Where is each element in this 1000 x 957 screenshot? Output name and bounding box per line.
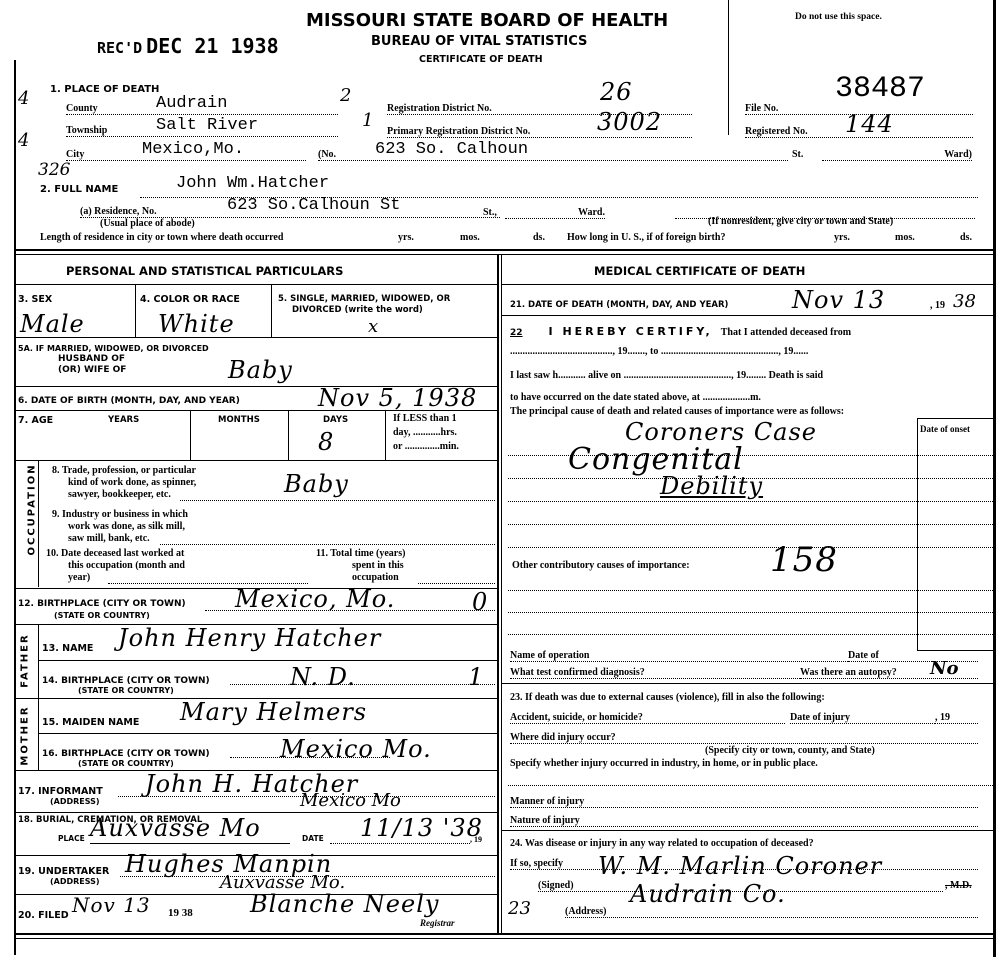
residence-st-label: St., [483, 207, 497, 218]
city-value: Mexico,Mo. [142, 140, 244, 159]
accident-label: Accident, suicide, or homicide? [510, 712, 643, 723]
nature-row: Nature of injury [510, 815, 978, 827]
filed-label: 20. FILED [18, 910, 69, 921]
certify-row: 22 I HEREBY CERTIFY, That I attended dec… [510, 322, 851, 340]
mother-name-line [38, 733, 497, 734]
signature-value: W. M. Marlin Coroner [598, 852, 882, 880]
informant-bottom-line [14, 812, 497, 813]
father-name-value: John Henry Hatcher [118, 624, 381, 652]
onset-box-left [917, 418, 918, 650]
registrar-label: Registrar [420, 918, 455, 928]
certify-number: 22 [510, 328, 523, 338]
top-section-divider-2 [14, 254, 994, 255]
board-title: MISSOURI STATE BOARD OF HEALTH [306, 10, 668, 31]
foreign-birth-label: How long in U. S., if of foreign birth? [567, 232, 725, 243]
months-days-divider [288, 410, 289, 460]
mother-birth-value: Mexico Mo. [280, 735, 432, 763]
total-time-label-3: occupation [352, 572, 399, 583]
autopsy-bottom-line [502, 683, 993, 684]
occurred-line: to have occurred on the date stated abov… [510, 392, 761, 403]
margin-note-1: 4 [18, 88, 29, 109]
occupation-vertical-label: OCCUPATION [27, 466, 38, 556]
do-not-use-note: Do not use this space. [795, 12, 882, 22]
abode-note: (Usual place of abode) [100, 218, 195, 229]
st-label: St. [792, 149, 803, 160]
registered-number: 144 [845, 110, 894, 138]
township-label: Township [66, 125, 107, 136]
operation-date-row: Date of [848, 650, 978, 662]
father-birth-sub: (STATE OR COUNTRY) [78, 686, 174, 695]
manner-label: Manner of injury [510, 796, 584, 807]
dod-year: 38 [953, 291, 976, 312]
dob-label: 6. DATE OF BIRTH (MONTH, DAY, AND YEAR) [18, 396, 240, 406]
primary-reg-value: 3002 [597, 108, 662, 136]
last-worked-label-3: year) [68, 572, 90, 583]
father-divider [38, 625, 39, 698]
mother-name-value: Mary Helmers [180, 698, 367, 726]
burial-date-label: DATE [302, 834, 324, 843]
filed-year: 19 38 [168, 907, 193, 919]
row-7-line [14, 460, 497, 461]
dod-line [502, 315, 993, 316]
trade-label-3: sawyer, bookkeeper, etc. [68, 489, 171, 500]
no-label: (No. [318, 149, 336, 160]
margin-note-5: 1 [362, 110, 373, 131]
address-label: (Address) [565, 906, 606, 917]
where-sub: (Specify city or town, county, and State… [705, 745, 875, 756]
autopsy-value: No [930, 658, 958, 679]
spouse-label: 5A. IF MARRIED, WIDOWED, OR DIVORCED [18, 344, 209, 353]
trade-label: 8. Trade, profession, or particular [52, 465, 196, 476]
row-3-line [14, 337, 497, 338]
sex-value: Male [20, 310, 85, 338]
father-birth-value: N. D. [290, 663, 356, 691]
residence-ward-row: Ward. [505, 207, 605, 219]
less-or-label: or ..............min. [393, 441, 459, 452]
length-yrs: yrs. [398, 232, 414, 243]
where-label: Where did injury occur? [510, 732, 616, 743]
cause-debility: Debility [660, 472, 763, 500]
industry-line [160, 544, 495, 545]
full-name-value: John Wm.Hatcher [176, 174, 329, 193]
race-value: White [158, 310, 235, 338]
marital-label-2: DIVORCED (write the word) [292, 305, 423, 315]
medical-section-title: MEDICAL CERTIFICATE OF DEATH [594, 264, 805, 278]
specify-place-line [508, 785, 993, 786]
reg-district-label: Registration District No. [387, 103, 492, 114]
burial-place-line [90, 843, 290, 844]
marital-label: 5. SINGLE, MARRIED, WIDOWED, OR [278, 294, 450, 304]
primary-reg-label: Primary Registration District No. [387, 126, 530, 137]
marital-value: x [368, 316, 378, 337]
top-section-divider [14, 249, 994, 251]
bureau-subtitle: BUREAU OF VITAL STATISTICS [371, 34, 587, 49]
injury-year-label: , 19 [935, 712, 950, 723]
injury-date-row: Date of injury [790, 712, 935, 724]
medical-title-line [502, 284, 993, 285]
mother-name-label: 15. MAIDEN NAME [42, 717, 139, 728]
days-label: DAYS [323, 415, 348, 425]
informant-sub: (ADDRESS) [50, 797, 100, 806]
nature-bottom-line [502, 830, 993, 831]
years-label: YEARS [108, 415, 139, 425]
where-row: Where did injury occur? [510, 732, 978, 744]
nature-label: Nature of injury [510, 815, 580, 826]
accident-row: Accident, suicide, or homicide? [510, 712, 785, 724]
spouse-label-2: HUSBAND OF [58, 354, 125, 364]
certify-dates-line: ........................................… [510, 346, 808, 357]
birthplace-value: Mexico, Mo. [235, 585, 395, 613]
last-worked-label-2: this occupation (month and [68, 560, 185, 571]
file-number: 38487 [835, 72, 925, 106]
dod-year-prefix: , 19 [930, 300, 945, 311]
residence-label: (a) Residence, No. [80, 206, 157, 217]
bottom-border [14, 933, 994, 935]
filed-date-value: Nov 13 [72, 893, 151, 917]
right-border [993, 0, 996, 957]
injury-year-row: , 19 [935, 712, 978, 724]
bottom-border-2 [14, 938, 994, 939]
md-label: , M.D. [945, 880, 972, 891]
residence-value: 623 So.Calhoun St [227, 196, 400, 215]
length-mos: mos. [460, 232, 480, 243]
last-worked-label: 10. Date deceased last worked at [46, 548, 184, 559]
last-saw-line: I last saw h........... alive on .......… [510, 370, 823, 381]
length-ds: ds. [533, 232, 545, 243]
operation-label: Name of operation [510, 650, 589, 661]
burial-date-value: 11/13 '38 [360, 814, 483, 842]
industry-label: 9. Industry or business in which [52, 509, 188, 520]
certify-title: I HEREBY CERTIFY, [549, 325, 713, 338]
trade-line [180, 500, 495, 501]
foreign-yrs: yrs. [834, 232, 850, 243]
full-name-label: 2. FULL NAME [40, 184, 118, 195]
birthplace-label: 12. BIRTHPLACE (CITY OR TOWN) [18, 599, 186, 609]
registrar-value: Blanche Neely [250, 890, 439, 918]
foreign-mos: mos. [895, 232, 915, 243]
father-birth-line [230, 684, 495, 685]
cause-line-4 [508, 524, 993, 525]
row-6-line [14, 410, 497, 411]
operation-date-label: Date of [848, 650, 879, 661]
age-years-divider [190, 410, 191, 460]
days-value: 8 [318, 428, 334, 456]
race-label: 4. COLOR OR RACE [140, 294, 240, 305]
stamp-date: DEC 21 1938 [146, 34, 278, 58]
burial-date-line [330, 843, 470, 844]
address-value: Audrain Co. [630, 880, 786, 908]
father-birth-label: 14. BIRTHPLACE (CITY OR TOWN) [42, 676, 210, 686]
foreign-ds: ds. [960, 232, 972, 243]
burial-place-value: Auxvasse Mo [90, 814, 261, 842]
cause-line-3 [508, 501, 993, 502]
undertaker-label: 19. UNDERTAKER [18, 866, 109, 877]
registered-no-text: Registered No. [745, 126, 808, 137]
mother-birth-sub: (STATE OR COUNTRY) [78, 759, 174, 768]
injury-date-label: Date of injury [790, 712, 850, 723]
test-label: What test confirmed diagnosis? [510, 667, 645, 678]
industry-label-3: saw mill, bank, etc. [68, 533, 150, 544]
specify-place-label: Specify whether injury occurred in indus… [510, 758, 818, 769]
autopsy-label: Was there an autopsy? [800, 667, 897, 678]
dod-label: 21. DATE OF DEATH (MONTH, DAY, AND YEAR) [510, 300, 728, 310]
onset-box-top [917, 418, 993, 419]
trade-label-2: kind of work done, as spinner, [68, 477, 196, 488]
residence-ward-label: Ward. [578, 207, 605, 218]
mother-divider [38, 699, 39, 770]
occupation-divider [38, 461, 39, 587]
file-no-text: File No. [745, 103, 778, 114]
header-divider [728, 0, 729, 135]
left-border [14, 60, 16, 955]
father-name-label: 13. NAME [42, 643, 93, 654]
county-value: Audrain [156, 94, 227, 113]
length-residence-label: Length of residence in city or town wher… [40, 232, 283, 243]
spouse-label-3: (OR) WIFE OF [58, 365, 126, 375]
race-marital-divider [271, 285, 272, 337]
received-stamp: REC'D DEC 21 1938 [97, 34, 279, 58]
birthplace-sub: (STATE OR COUNTRY) [54, 611, 150, 620]
ward-row: Ward) [822, 149, 972, 161]
certify-text: That I attended deceased from [721, 327, 851, 338]
months-label: MONTHS [218, 415, 260, 425]
principal-cause-label: The principal cause of death and related… [510, 406, 844, 417]
total-time-line [418, 583, 495, 584]
stamp-prefix: REC'D [97, 39, 142, 57]
county-label: County [66, 103, 98, 114]
form-name: CERTIFICATE OF DEATH [419, 54, 543, 65]
spouse-value: Baby [228, 356, 293, 384]
personal-title-line [14, 284, 497, 285]
occupation-question: 24. Was disease or injury in any way rel… [510, 838, 814, 849]
less-than-label: If LESS than 1 [393, 413, 457, 424]
margin-note-4: 2 [340, 85, 351, 106]
less-day-label: day, ...........hrs. [393, 427, 457, 438]
mother-vertical-label: MOTHER [20, 701, 31, 771]
reg-district-value: 26 [600, 78, 633, 106]
ward-label: Ward) [944, 149, 972, 160]
other-causes-code: 158 [770, 540, 838, 580]
sex-race-divider [135, 285, 136, 337]
manner-row: Manner of injury [510, 796, 978, 808]
margin-note-6: 23 [508, 898, 531, 919]
father-name-line [38, 660, 497, 661]
onset-label: Date of onset [920, 424, 970, 434]
mother-birth-label: 16. BIRTHPLACE (CITY OR TOWN) [42, 749, 210, 759]
informant-address: Mexico Mo [300, 790, 401, 811]
undertaker-sub: (ADDRESS) [50, 877, 100, 886]
margin-note-3: 326 [38, 160, 70, 180]
informant-label: 17. INFORMANT [18, 786, 103, 797]
burial-year-suffix: , 19 [470, 835, 482, 844]
external-causes-label: 23. If death was due to external causes … [510, 692, 825, 703]
column-divider [497, 254, 499, 934]
trade-value: Baby [284, 470, 349, 498]
place-of-death-label: 1. PLACE OF DEATH [50, 84, 159, 95]
age-label: 7. AGE [18, 415, 53, 426]
burial-place-label: PLACE [58, 834, 85, 843]
cause-line-7 [508, 612, 993, 613]
dob-value: Nov 5, 1938 [318, 384, 477, 412]
operation-row: Name of operation [510, 650, 850, 662]
industry-label-2: work was done, as silk mill, [68, 521, 185, 532]
personal-section-title: PERSONAL AND STATISTICAL PARTICULARS [66, 264, 343, 278]
street-value: 623 So. Calhoun [375, 140, 528, 159]
birthplace-code: 0 [472, 588, 488, 616]
total-time-label-2: spent in this [352, 560, 404, 571]
if-so-label: If so, specify [510, 858, 563, 869]
days-less-divider [385, 410, 386, 460]
dod-value: Nov 13 [792, 286, 885, 314]
other-causes-label: Other contributory causes of importance: [512, 560, 690, 571]
city-label: City [66, 149, 84, 160]
township-value: Salt River [156, 116, 258, 135]
nonresident-note: (If nonresident, give city or town and S… [708, 216, 893, 227]
cause-line-8 [508, 634, 993, 635]
cause-line-6 [508, 590, 993, 591]
cause-line-5 [508, 547, 993, 548]
total-time-label: 11. Total time (years) [316, 548, 405, 559]
column-divider-2 [501, 254, 502, 934]
father-birth-code: 1 [468, 663, 484, 691]
father-vertical-label: FATHER [20, 626, 31, 696]
sex-label: 3. SEX [18, 294, 52, 305]
margin-note-2: 4 [18, 130, 29, 151]
last-worked-line [108, 583, 308, 584]
test-row: What test confirmed diagnosis? [510, 667, 800, 679]
signed-label: (Signed) [538, 880, 574, 891]
